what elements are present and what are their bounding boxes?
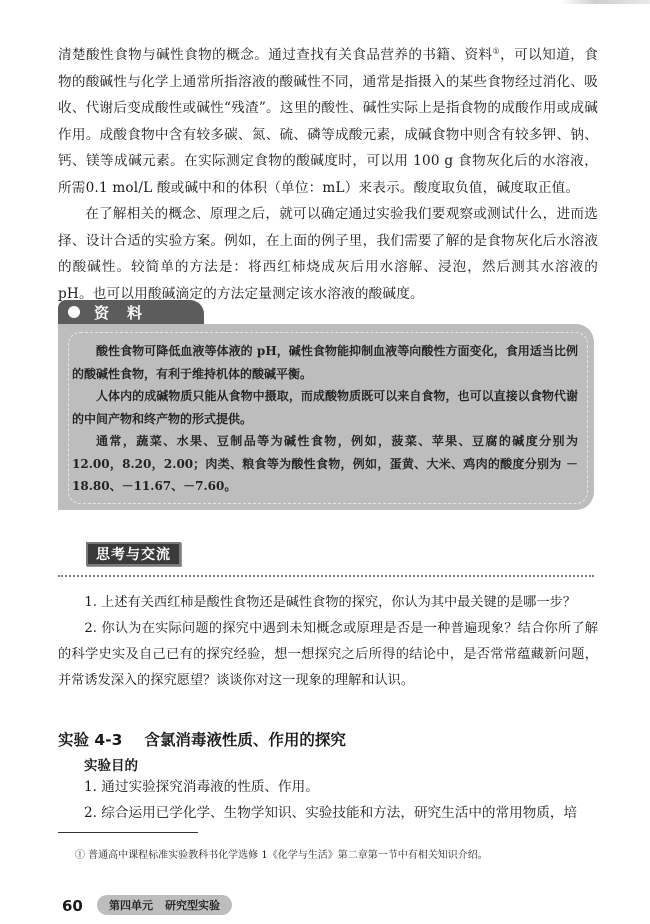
think-discuss-label: 思考与交流: [86, 542, 181, 566]
experiment-heading: 实验 4-3含氯消毒液性质、作用的探究: [58, 728, 346, 750]
dotted-divider: [58, 575, 594, 577]
resource-paragraph: 通常，蔬菜、水果、豆制品等为碱性食物，例如，菠菜、苹果、豆腐的碱度分别为 12.…: [72, 430, 578, 498]
intro-paragraph-2: 在了解相关的概念、原理之后，就可以确定通过实验我们要观察或测试什么，进而选择、设…: [58, 201, 598, 307]
objective-item: 2. 综合运用已学化学、生物学知识、实验技能和方法，研究生活中的常用物质，培: [84, 800, 598, 826]
footnote: ① 普通高中课程标准实验教科书化学选修 1《化学与生活》第二章第一节中有相关知识…: [75, 846, 488, 861]
experiment-objectives: 1. 通过实验探究消毒液的性质、作用。 2. 综合运用已学化学、生物学知识、实验…: [84, 774, 598, 826]
resource-paragraph: 酸性食物可降低血液等体液的 pH，碱性食物能抑制血液等向酸性方面变化，食用适当比…: [72, 340, 578, 385]
question-item: 2. 你认为在实际问题的探究中遇到未知概念或原理是否是一种普遍现象？结合你所了解…: [58, 616, 598, 694]
experiment-title: 含氯消毒液性质、作用的探究: [144, 731, 346, 749]
resource-paragraph: 人体内的成碱物质只能从食物中摄取，而成酸物质既可以来自食物，也可以直接以食物代谢…: [72, 385, 578, 430]
intro-text: 清楚酸性食物与碱性食物的概念。通过查找有关食品营养的书籍、资料①，可以知道，食物…: [58, 42, 598, 307]
question-item: 1. 上述有关西红柿是酸性食物还是碱性食物的探究，你认为其中最关键的是哪一步？: [58, 590, 598, 616]
resource-title: 资料: [94, 302, 160, 323]
experiment-subheading: 实验目的: [84, 754, 138, 774]
intro-paragraph-1: 清楚酸性食物与碱性食物的概念。通过查找有关食品营养的书籍、资料①，可以知道，食物…: [58, 42, 598, 201]
unit-label: 第四单元 研究型实验: [97, 895, 232, 915]
experiment-code: 实验 4-3: [58, 731, 122, 749]
resource-tab: 资料: [58, 300, 204, 324]
think-questions: 1. 上述有关西红柿是酸性食物还是碱性食物的探究，你认为其中最关键的是哪一步？ …: [58, 590, 598, 694]
footnote-rule: [58, 832, 198, 833]
resource-text: 酸性食物可降低血液等体液的 pH，碱性食物能抑制血液等向酸性方面变化，食用适当比…: [72, 340, 578, 498]
page-edge-shadow: [560, 0, 650, 4]
page-number: 60: [62, 897, 83, 915]
circle-bullet-icon: [68, 306, 80, 318]
objective-item: 1. 通过实验探究消毒液的性质、作用。: [84, 774, 598, 800]
footnote-ref[interactable]: ①: [493, 46, 501, 55]
unit-name: 第四单元: [109, 897, 153, 913]
unit-title: 研究型实验: [165, 897, 220, 913]
